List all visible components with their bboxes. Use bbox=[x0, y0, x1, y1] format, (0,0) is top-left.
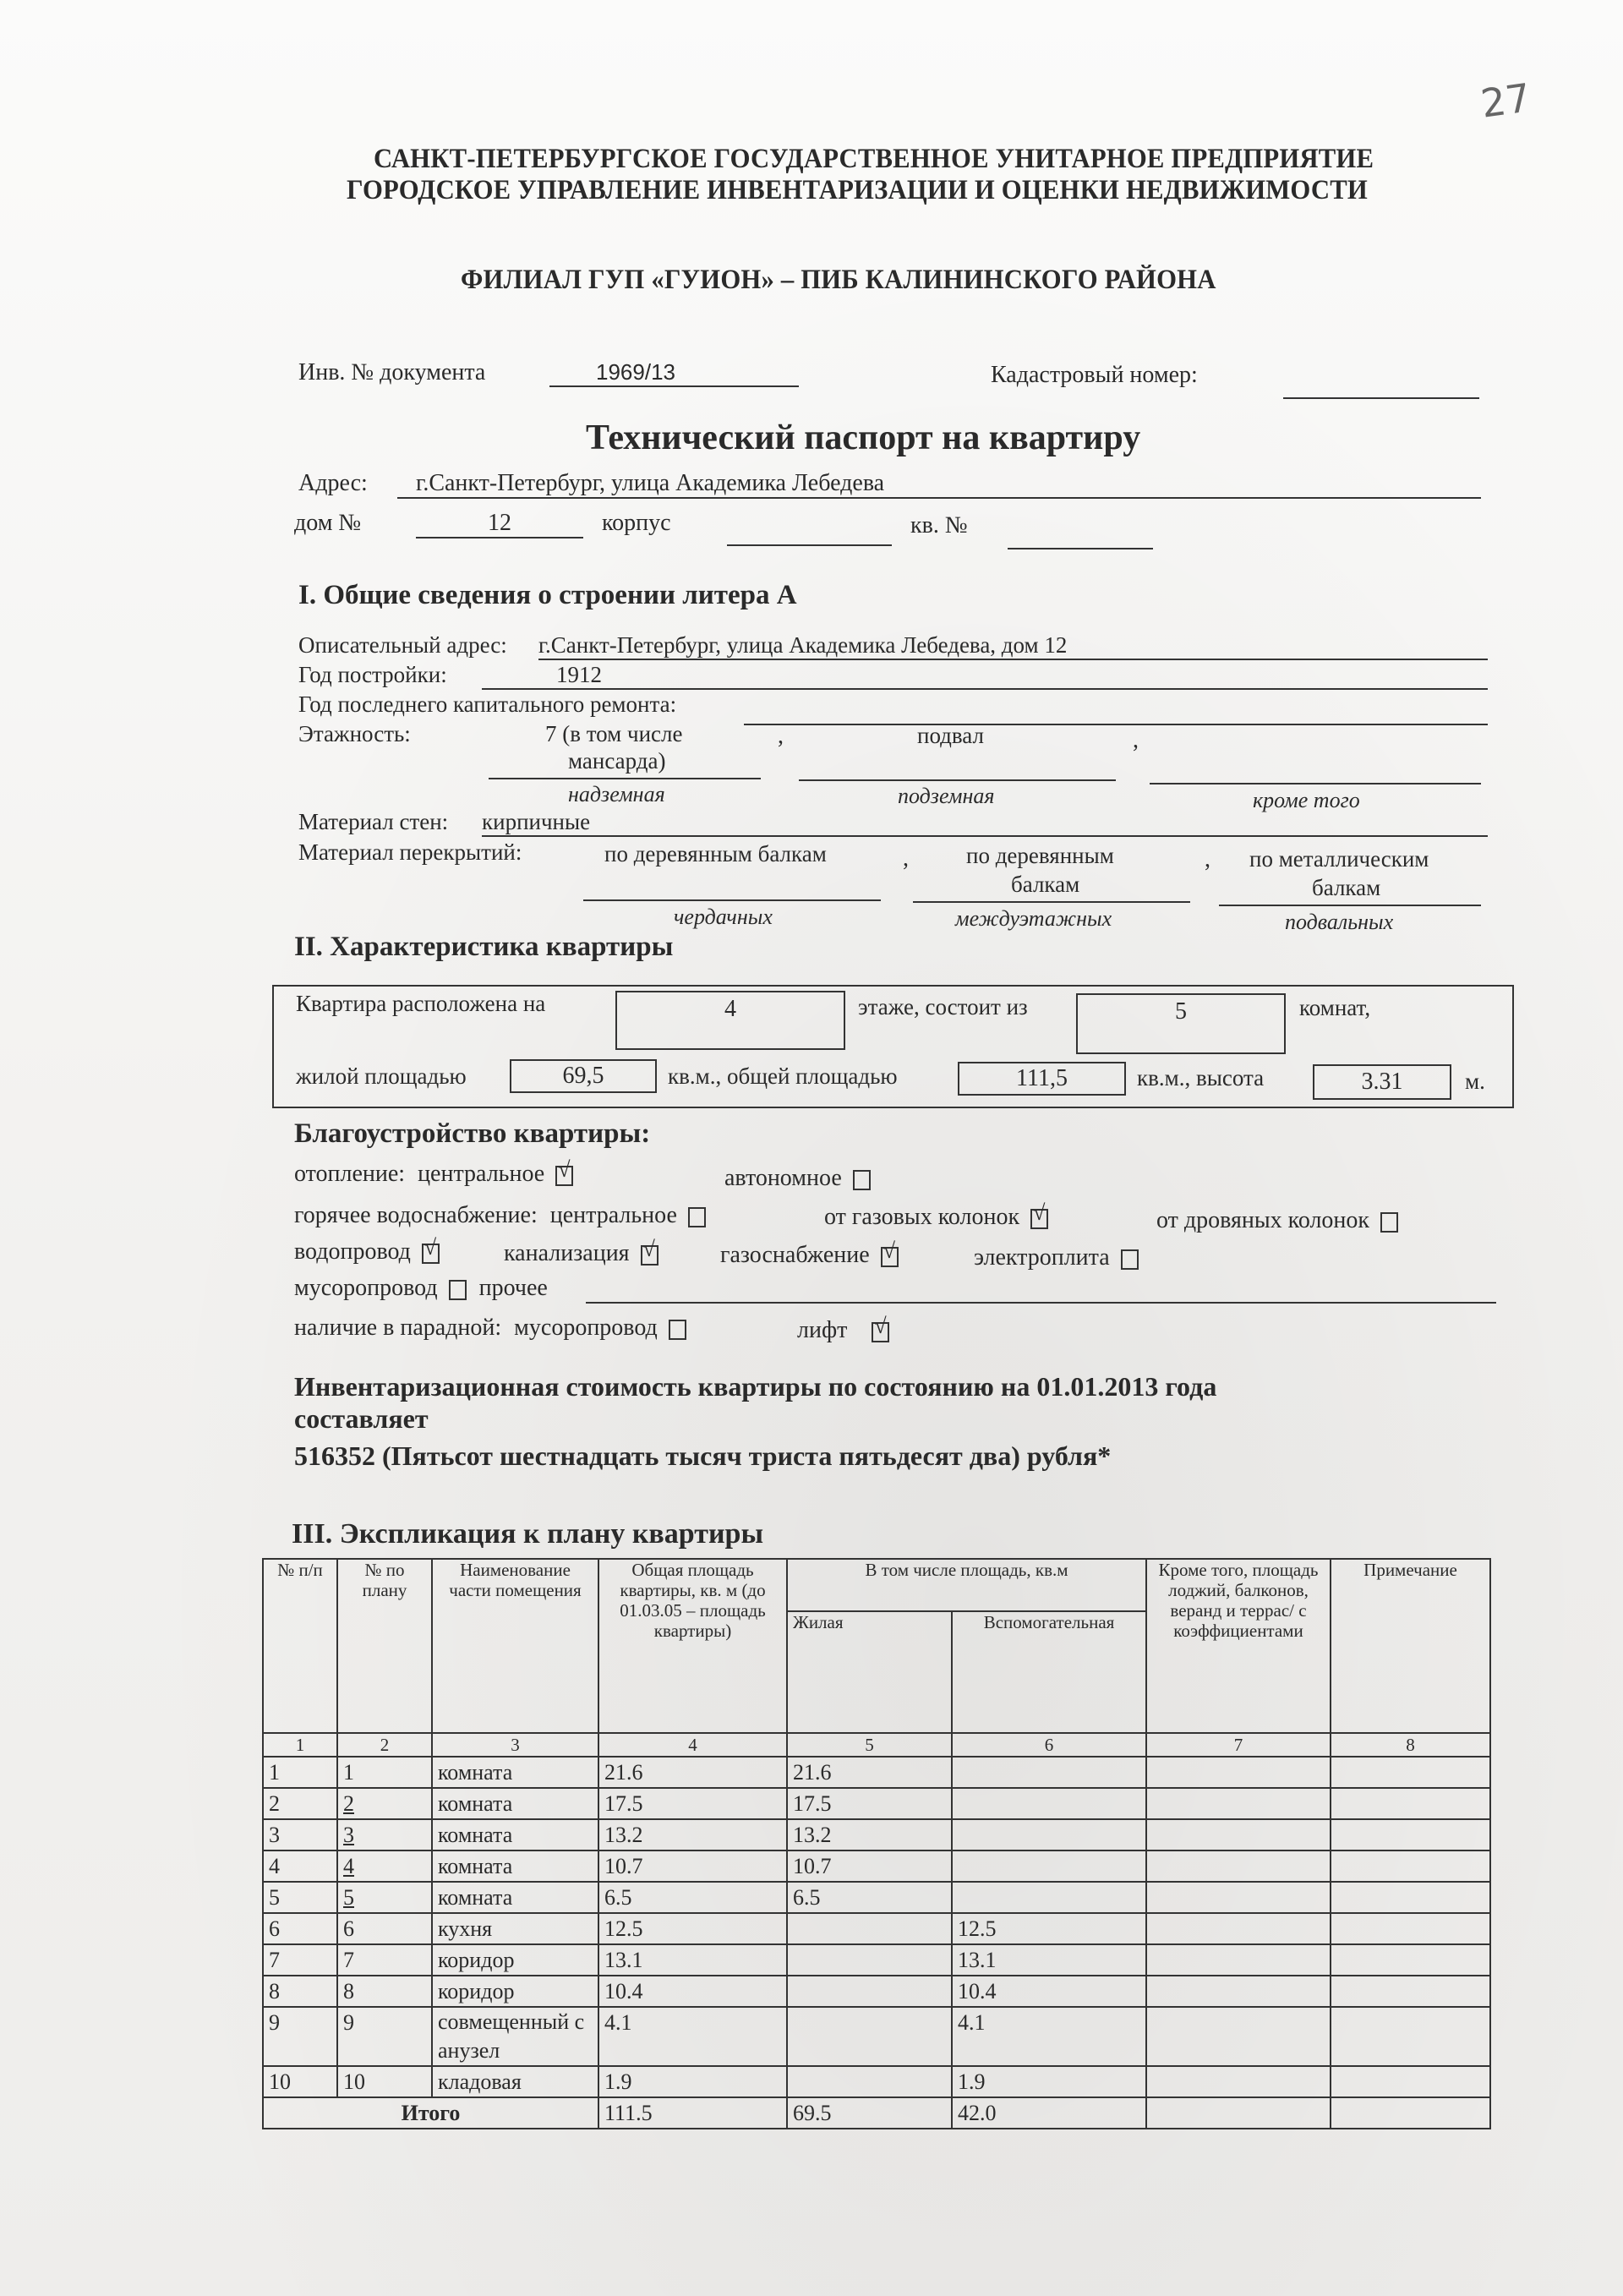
table-row: 44комната10.710.7 bbox=[263, 1850, 1490, 1882]
cell-living bbox=[787, 1913, 952, 1944]
chute-label: мусоропровод bbox=[294, 1275, 438, 1301]
cell-living: 17.5 bbox=[787, 1788, 952, 1819]
cell-living: 21.6 bbox=[787, 1757, 952, 1788]
hotwater-central-checkbox[interactable] bbox=[688, 1207, 706, 1227]
floor-label: Квартира расположена на bbox=[296, 991, 545, 1017]
col-header-plan: № по плану bbox=[337, 1559, 432, 1733]
water-checkbox[interactable] bbox=[422, 1244, 440, 1264]
floors-extra-rule bbox=[1150, 783, 1481, 784]
height-value: 3.31 bbox=[1313, 1064, 1451, 1100]
house-value: 12 bbox=[416, 510, 583, 538]
cell-note bbox=[1331, 2066, 1490, 2097]
cadastral-label: Кадастровый номер: bbox=[991, 362, 1198, 389]
korpus-label: корпус bbox=[602, 510, 671, 537]
cell-note bbox=[1331, 1850, 1490, 1882]
cell-extra bbox=[1146, 1976, 1331, 2007]
cell-aux: 10.4 bbox=[952, 1976, 1146, 2007]
hotwater-wood-checkbox[interactable] bbox=[1380, 1212, 1398, 1233]
cell-plan: 2 bbox=[337, 1788, 432, 1819]
col-number: 5 bbox=[787, 1733, 952, 1757]
col-header-including: В том числе площадь, кв.м bbox=[787, 1559, 1146, 1611]
comma: , bbox=[778, 723, 784, 750]
col-number: 6 bbox=[952, 1733, 1146, 1757]
hotwater-gas-label: от газовых колонок bbox=[824, 1204, 1019, 1230]
cell-total: 12.5 bbox=[598, 1913, 787, 1944]
cell-note bbox=[1331, 1944, 1490, 1976]
chute-checkbox[interactable] bbox=[449, 1280, 467, 1300]
cell-extra bbox=[1146, 1944, 1331, 1976]
walls-label: Материал стен: bbox=[298, 809, 448, 835]
cell-aux bbox=[952, 1757, 1146, 1788]
cell-n: 4 bbox=[263, 1850, 337, 1882]
org-name-line2: ГОРОДСКОЕ УПРАВЛЕНИЕ ИНВЕНТАРИЗАЦИИ И ОЦ… bbox=[347, 175, 1368, 206]
cell-note bbox=[1331, 1788, 1490, 1819]
gas-label: газоснабжение bbox=[720, 1242, 870, 1268]
cell-aux bbox=[952, 1819, 1146, 1850]
table-row: 33комната13.213.2 bbox=[263, 1819, 1490, 1850]
cell-plan: 4 bbox=[337, 1850, 432, 1882]
cell-aux bbox=[952, 1850, 1146, 1882]
cell-extra bbox=[1146, 1850, 1331, 1882]
explication-table: № п/п № по плану Наименование части поме… bbox=[262, 1558, 1491, 2129]
cell-total: 6.5 bbox=[598, 1882, 787, 1913]
cell-aux: 4.1 bbox=[952, 2007, 1146, 2066]
entrance-label: наличие в парадной: bbox=[294, 1315, 501, 1341]
inv-label: Инв. № документа bbox=[298, 359, 485, 386]
desc-address-label: Описательный адрес: bbox=[298, 632, 507, 659]
cell-name: кухня bbox=[432, 1913, 598, 1944]
section1-title: I. Общие сведения о строении литера А bbox=[298, 580, 797, 611]
cell-plan: 3 bbox=[337, 1819, 432, 1850]
table-row: 99совмещенный санузел4.14.1 bbox=[263, 2007, 1490, 2066]
col-header-n: № п/п bbox=[263, 1559, 337, 1733]
total-living: 69.5 bbox=[787, 2097, 952, 2129]
comma: , bbox=[1205, 846, 1210, 873]
heating-central-label: центральное bbox=[418, 1161, 544, 1187]
last-repair-label: Год последнего капитального ремонта: bbox=[298, 692, 676, 718]
valuation-line1: Инвентаризационная стоимость квартиры по… bbox=[294, 1371, 1216, 1402]
total-extra bbox=[1146, 2097, 1331, 2129]
entrance-chute-checkbox[interactable] bbox=[669, 1320, 686, 1340]
section3-title: III. Экспликация к плану квартиры bbox=[292, 1518, 763, 1550]
walls-value: кирпичные bbox=[482, 809, 1488, 837]
cell-extra bbox=[1146, 1913, 1331, 1944]
total-area-value: 111,5 bbox=[958, 1062, 1126, 1096]
apt-label: кв. № bbox=[910, 512, 968, 539]
ceil-label: Материал перекрытий: bbox=[298, 839, 522, 866]
desc-address-value: г.Санкт-Петербург, улица Академика Лебед… bbox=[538, 632, 1488, 660]
cell-total: 17.5 bbox=[598, 1788, 787, 1819]
cell-aux: 1.9 bbox=[952, 2066, 1146, 2097]
cell-extra bbox=[1146, 1757, 1331, 1788]
cell-living bbox=[787, 1976, 952, 2007]
cell-name: комната bbox=[432, 1819, 598, 1850]
sewer-label: канализация bbox=[504, 1240, 630, 1266]
cell-note bbox=[1331, 1757, 1490, 1788]
org-name-line1: САНКТ-ПЕТЕРБУРГСКОЕ ГОСУДАРСТВЕННОЕ УНИТ… bbox=[374, 144, 1374, 175]
other-value-rule bbox=[586, 1302, 1496, 1304]
cell-n: 9 bbox=[263, 2007, 337, 2066]
table-row: 66кухня12.512.5 bbox=[263, 1913, 1490, 1944]
col-number: 1 bbox=[263, 1733, 337, 1757]
ceil-inter-line1: по деревянным bbox=[966, 843, 1114, 869]
address-label: Адрес: bbox=[298, 470, 368, 497]
entrance-lift-checkbox[interactable] bbox=[872, 1322, 889, 1342]
cell-total: 21.6 bbox=[598, 1757, 787, 1788]
cell-total: 13.1 bbox=[598, 1944, 787, 1976]
comma: , bbox=[903, 845, 909, 872]
cell-name: комната bbox=[432, 1882, 598, 1913]
living-area-value: 69,5 bbox=[510, 1059, 657, 1093]
handwritten-page-number: 27 bbox=[1478, 74, 1533, 127]
cell-n: 10 bbox=[263, 2066, 337, 2097]
col-number: 4 bbox=[598, 1733, 787, 1757]
height-unit: м. bbox=[1465, 1069, 1485, 1095]
cell-living bbox=[787, 2007, 952, 2066]
cell-name: совмещенный санузел bbox=[432, 2007, 598, 2066]
cell-aux: 13.1 bbox=[952, 1944, 1146, 1976]
col-number: 7 bbox=[1146, 1733, 1331, 1757]
ceil-base-rule bbox=[1219, 905, 1481, 906]
cell-plan: 6 bbox=[337, 1913, 432, 1944]
cell-living: 6.5 bbox=[787, 1882, 952, 1913]
cell-extra bbox=[1146, 1819, 1331, 1850]
table-row: 11комната21.621.6 bbox=[263, 1757, 1490, 1788]
caption-above: надземная bbox=[568, 782, 665, 807]
cell-aux bbox=[952, 1788, 1146, 1819]
cell-name: комната bbox=[432, 1757, 598, 1788]
hotwater-gas-checkbox[interactable] bbox=[1030, 1209, 1048, 1229]
cell-living: 10.7 bbox=[787, 1850, 952, 1882]
cell-extra bbox=[1146, 2066, 1331, 2097]
floors-below-rule bbox=[799, 779, 1116, 781]
comma: , bbox=[1133, 727, 1139, 754]
heating-label: отопление: bbox=[294, 1161, 405, 1187]
total-row: Итого 111.5 69.5 42.0 bbox=[263, 2097, 1490, 2129]
floors-above-rule bbox=[489, 778, 761, 779]
cell-plan: 7 bbox=[337, 1944, 432, 1976]
hotwater-central-label: центральное bbox=[550, 1202, 677, 1228]
col-header-total: Общая площадь квартиры, кв. м (до 01.03.… bbox=[598, 1559, 787, 1733]
floor-value: 4 bbox=[615, 991, 845, 1050]
year-built-value: 1912 bbox=[482, 662, 1488, 690]
cell-living bbox=[787, 1944, 952, 1976]
col-number: 2 bbox=[337, 1733, 432, 1757]
cell-aux bbox=[952, 1882, 1146, 1913]
heating-auto-label: автономное bbox=[724, 1165, 842, 1191]
cell-n: 1 bbox=[263, 1757, 337, 1788]
valuation-amount: 516352 (Пятьсот шестнадцать тысяч триста… bbox=[294, 1440, 1111, 1472]
rooms-suffix: комнат, bbox=[1299, 995, 1370, 1021]
hotwater-label: горячее водоснабжение: bbox=[294, 1202, 538, 1228]
cell-plan: 8 bbox=[337, 1976, 432, 2007]
table-row: 22комната17.517.5 bbox=[263, 1788, 1490, 1819]
rooms-value: 5 bbox=[1076, 993, 1286, 1054]
total-aux: 42.0 bbox=[952, 2097, 1146, 2129]
col-header-aux: Вспомогательная bbox=[952, 1611, 1146, 1733]
total-area: 111.5 bbox=[598, 2097, 787, 2129]
apt-value bbox=[1008, 519, 1153, 549]
table-row: 1010кладовая1.91.9 bbox=[263, 2066, 1490, 2097]
section2-title: II. Характеристика квартиры bbox=[294, 932, 673, 963]
total-note bbox=[1331, 2097, 1490, 2129]
cell-plan: 10 bbox=[337, 2066, 432, 2097]
col-header-extra: Кроме того, площадь лоджий, балконов, ве… bbox=[1146, 1559, 1331, 1733]
cell-total: 10.4 bbox=[598, 1976, 787, 2007]
cell-extra bbox=[1146, 2007, 1331, 2066]
amenities-title: Благоустройство квартиры: bbox=[294, 1118, 650, 1150]
rooms-label: этаже, состоит из bbox=[858, 994, 1028, 1020]
hotwater-wood-label: от дровяных колонок bbox=[1156, 1207, 1369, 1233]
heating-central-checkbox[interactable] bbox=[555, 1166, 573, 1186]
cell-note bbox=[1331, 1882, 1490, 1913]
cell-total: 1.9 bbox=[598, 2066, 787, 2097]
table-row: 88коридор10.410.4 bbox=[263, 1976, 1490, 2007]
floors-above-line1: 7 (в том числе bbox=[545, 721, 682, 747]
col-header-note: Примечание bbox=[1331, 1559, 1490, 1733]
cell-name: комната bbox=[432, 1850, 598, 1882]
cell-plan: 1 bbox=[337, 1757, 432, 1788]
gas-checkbox[interactable] bbox=[881, 1247, 899, 1267]
living-area-label: жилой площадью bbox=[296, 1063, 467, 1090]
cell-note bbox=[1331, 1819, 1490, 1850]
cadastral-value bbox=[1283, 372, 1479, 399]
branch-name: ФИЛИАЛ ГУП «ГУИОН» – ПИБ КАЛИНИНСКОГО РА… bbox=[461, 265, 1216, 296]
cell-extra bbox=[1146, 1882, 1331, 1913]
cell-name: комната bbox=[432, 1788, 598, 1819]
floors-label: Этажность: bbox=[298, 721, 411, 747]
col-header-name: Наименование части помещения bbox=[432, 1559, 598, 1733]
page-title: Технический паспорт на квартиру bbox=[586, 418, 1140, 458]
ceil-attic: по деревянным балкам bbox=[604, 841, 827, 867]
entrance-lift-label: лифт bbox=[797, 1317, 847, 1343]
cell-total: 10.7 bbox=[598, 1850, 787, 1882]
cell-living: 13.2 bbox=[787, 1819, 952, 1850]
total-area-label: кв.м., общей площадью bbox=[668, 1063, 898, 1090]
ceil-base-line2: балкам bbox=[1312, 875, 1380, 901]
stove-checkbox[interactable] bbox=[1121, 1249, 1139, 1270]
cell-n: 7 bbox=[263, 1944, 337, 1976]
caption-base: подвальных bbox=[1285, 910, 1393, 935]
ceil-attic-rule bbox=[583, 899, 881, 901]
cell-living bbox=[787, 2066, 952, 2097]
cell-extra bbox=[1146, 1788, 1331, 1819]
header-row: № п/п № по плану Наименование части поме… bbox=[263, 1559, 1490, 1611]
ceil-inter-line2: балкам bbox=[1011, 872, 1079, 898]
other-label: прочее bbox=[479, 1275, 548, 1301]
height-label: кв.м., высота bbox=[1137, 1065, 1264, 1091]
cell-note bbox=[1331, 1913, 1490, 1944]
cell-n: 8 bbox=[263, 1976, 337, 2007]
cell-name: коридор bbox=[432, 1944, 598, 1976]
cell-total: 13.2 bbox=[598, 1819, 787, 1850]
document-page: 27 САНКТ-ПЕТЕРБУРГСКОЕ ГОСУДАРСТВЕННОЕ У… bbox=[0, 0, 1623, 2296]
stove-label: электроплита bbox=[974, 1244, 1110, 1271]
ceil-base-line1: по металлическим bbox=[1249, 846, 1429, 872]
address-value: г.Санкт-Петербург, улица Академика Лебед… bbox=[397, 470, 1481, 499]
entrance-chute-label: мусоропровод bbox=[514, 1315, 658, 1341]
cell-aux: 12.5 bbox=[952, 1913, 1146, 1944]
heating-auto-checkbox[interactable] bbox=[853, 1170, 871, 1190]
col-number: 3 bbox=[432, 1733, 598, 1757]
house-label: дом № bbox=[294, 510, 361, 537]
cell-note bbox=[1331, 2007, 1490, 2066]
cell-plan: 9 bbox=[337, 2007, 432, 2066]
cell-note bbox=[1331, 1976, 1490, 2007]
year-built-label: Год постройки: bbox=[298, 662, 447, 688]
ceil-inter-rule bbox=[913, 901, 1190, 903]
table-row: 77коридор13.113.1 bbox=[263, 1944, 1490, 1976]
cell-name: кладовая bbox=[432, 2066, 598, 2097]
inv-value: 1969/13 bbox=[549, 359, 799, 387]
cell-total: 4.1 bbox=[598, 2007, 787, 2066]
total-label: Итого bbox=[263, 2097, 598, 2129]
cell-n: 6 bbox=[263, 1913, 337, 1944]
floors-below: подвал bbox=[917, 723, 984, 749]
cell-n: 3 bbox=[263, 1819, 337, 1850]
cell-n: 5 bbox=[263, 1882, 337, 1913]
cell-name: коридор bbox=[432, 1976, 598, 2007]
korpus-value bbox=[727, 516, 892, 546]
cell-plan: 5 bbox=[337, 1882, 432, 1913]
caption-attic: чердачных bbox=[674, 905, 773, 930]
floors-above-line2: мансарда) bbox=[568, 748, 666, 774]
sewer-checkbox[interactable] bbox=[641, 1245, 658, 1266]
caption-inter: междуэтажных bbox=[955, 906, 1112, 932]
water-label: водопровод bbox=[294, 1238, 411, 1265]
caption-below: подземная bbox=[898, 784, 994, 809]
col-header-living: Жилая bbox=[787, 1611, 952, 1733]
col-number: 8 bbox=[1331, 1733, 1490, 1757]
column-numbers-row: 1 2 3 4 5 6 7 8 bbox=[263, 1733, 1490, 1757]
cell-n: 2 bbox=[263, 1788, 337, 1819]
table-row: 55комната6.56.5 bbox=[263, 1882, 1490, 1913]
valuation-line2: составляет bbox=[294, 1403, 429, 1435]
last-repair-value bbox=[744, 700, 1488, 725]
